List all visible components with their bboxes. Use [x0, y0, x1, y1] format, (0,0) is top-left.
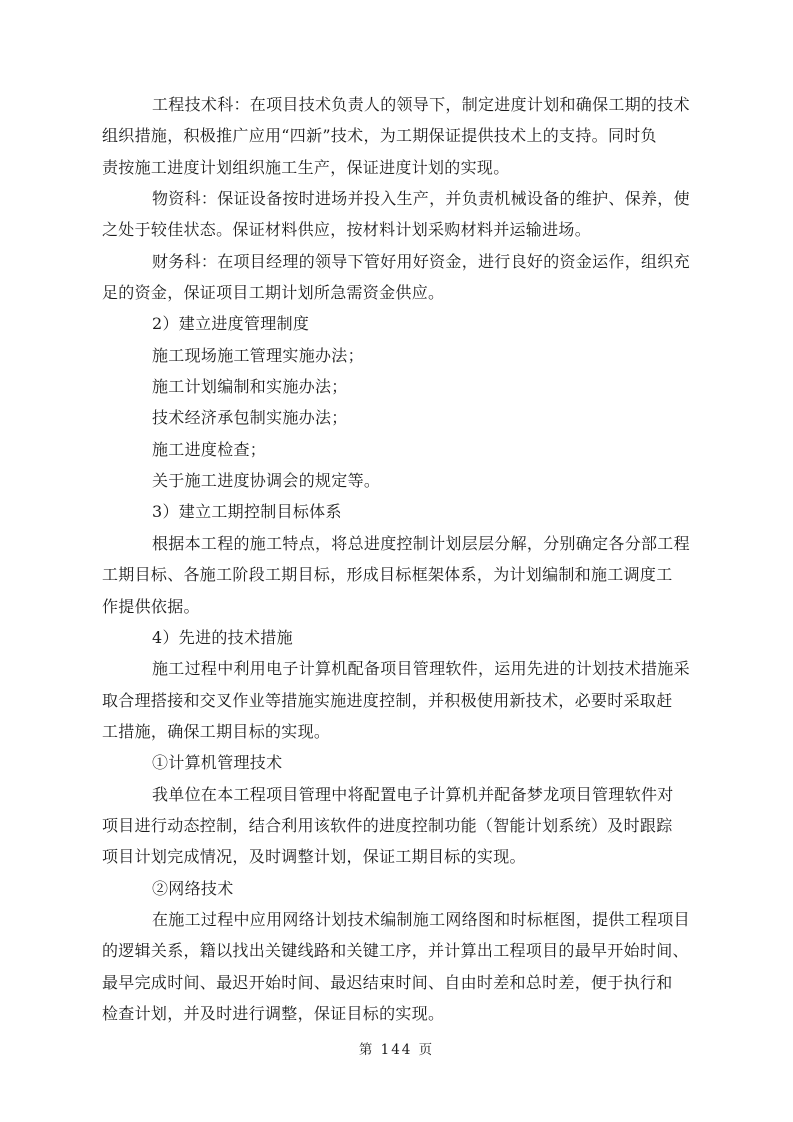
text-line: 项目进行动态控制，结合利用该软件的进度控制功能（智能计划系统）及时跟踪: [102, 810, 694, 841]
text-line: 2）建立进度管理制度: [102, 308, 694, 339]
text-line: 根据本工程的施工特点，将总进度控制计划层层分解，分别确定各分部工程: [102, 528, 694, 559]
text-line: 财务科：在项目经理的领导下管好用好资金，进行良好的资金运作，组织充: [102, 246, 694, 277]
text-line: 足的资金，保证项目工期计划所急需资金供应。: [102, 277, 694, 308]
text-line: 施工现场施工管理实施办法；: [102, 340, 694, 371]
text-line: 技术经济承包制实施办法；: [102, 402, 694, 433]
text-line: 工程技术科：在项目技术负责人的领导下，制定进度计划和确保工期的技术: [102, 89, 694, 120]
text-line: ①计算机管理技术: [102, 747, 694, 778]
text-line: 施工进度检查；: [102, 434, 694, 465]
text-line: 施工过程中利用电子计算机配备项目管理软件，运用先进的计划技术措施采: [102, 653, 694, 684]
text-line: 组织措施，积极推广应用“四新”技术，为工期保证提供技术上的支持。同时负: [102, 120, 694, 151]
page-number: 第 144 页: [359, 1042, 434, 1058]
document-body: 工程技术科：在项目技术负责人的领导下，制定进度计划和确保工期的技术组织措施，积极…: [102, 89, 694, 1029]
text-line: 最早完成时间、最迟开始时间、最迟结束时间、自由时差和总时差，便于执行和: [102, 967, 694, 998]
text-line: 工期目标、各施工阶段工期目标，形成目标框架体系，为计划编制和施工调度工: [102, 559, 694, 590]
text-line: 检查计划，并及时进行调整，保证目标的实现。: [102, 998, 694, 1029]
text-line: 在施工过程中应用网络计划技术编制施工网络图和时标框图，提供工程项目: [102, 904, 694, 935]
page-footer: 第 144 页: [0, 1038, 793, 1058]
text-line: 工措施，确保工期目标的实现。: [102, 716, 694, 747]
text-line: 4）先进的技术措施: [102, 622, 694, 653]
text-line: 作提供依据。: [102, 591, 694, 622]
text-line: 的逻辑关系，籍以找出关键线路和关键工序，并计算出工程项目的最早开始时间、: [102, 935, 694, 966]
text-line: 3）建立工期控制目标体系: [102, 496, 694, 527]
text-line: 之处于较佳状态。保证材料供应，按材料计划采购材料并运输进场。: [102, 214, 694, 245]
text-line: 取合理搭接和交叉作业等措施实施进度控制，并积极使用新技术，必要时采取赶: [102, 685, 694, 716]
document-page: 工程技术科：在项目技术负责人的领导下，制定进度计划和确保工期的技术组织措施，积极…: [0, 0, 793, 1122]
text-line: 物资科：保证设备按时进场并投入生产，并负责机械设备的维护、保养，使: [102, 183, 694, 214]
text-line: 责按施工进度计划组织施工生产，保证进度计划的实现。: [102, 152, 694, 183]
text-line: 关于施工进度协调会的规定等。: [102, 465, 694, 496]
text-line: 施工计划编制和实施办法；: [102, 371, 694, 402]
text-line: ②网络技术: [102, 873, 694, 904]
text-line: 项目计划完成情况，及时调整计划，保证工期目标的实现。: [102, 841, 694, 872]
text-line: 我单位在本工程项目管理中将配置电子计算机并配备梦龙项目管理软件对: [102, 779, 694, 810]
